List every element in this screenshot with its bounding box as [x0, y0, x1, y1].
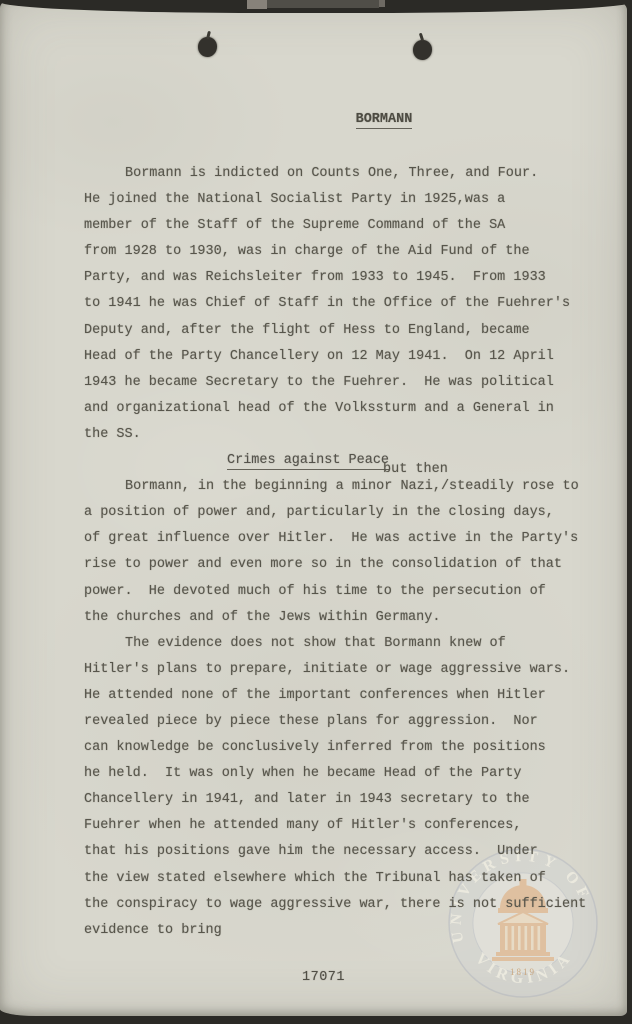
text-line: he held. It was only when he became Head… — [84, 761, 594, 787]
text-line-content: Party, and was Reichsleiter from 1933 to… — [84, 270, 546, 285]
text-line-content: Deputy and, after the flight of Hess to … — [84, 323, 530, 338]
text-line-content: revealed piece by piece these plans for … — [84, 714, 538, 729]
text-line: Chancellery in 1941, and later in 1943 s… — [84, 787, 594, 813]
text-line: to 1941 he was Chief of Staff in the Off… — [84, 291, 594, 317]
text-line: evidence to bring — [84, 918, 594, 944]
text-line-content: rise to power and even more so in the co… — [84, 557, 562, 572]
text-line: Party, and was Reichsleiter from 1933 to… — [84, 265, 594, 291]
text-line-content: 1943 he became Secretary to the Fuehrer.… — [84, 375, 554, 390]
text-line: Bormann, in the beginning a minor Nazi,/… — [84, 474, 594, 500]
document-text-block: BORMANN Bormann is indicted on Counts On… — [84, 97, 594, 944]
punch-hole-left — [198, 37, 217, 57]
seal-year: 1819 — [510, 967, 536, 977]
text-line: and organizational head of the Volksstur… — [84, 396, 594, 422]
text-line-content: the SS. — [84, 427, 141, 442]
text-line-content: Fuehrer when he attended many of Hitler'… — [84, 818, 521, 833]
text-line-content: member of the Staff of the Supreme Comma… — [84, 218, 505, 233]
text-line: Deputy and, after the flight of Hess to … — [84, 318, 594, 344]
text-line: power. He devoted much of his time to th… — [84, 579, 594, 605]
text-line-content: a position of power and, particularly in… — [84, 505, 554, 520]
text-line: that his positions gave him the necessar… — [84, 839, 594, 865]
text-line-content: Head of the Party Chancellery on 12 May … — [84, 349, 554, 364]
document-title: BORMANN — [307, 97, 594, 142]
document-body: Bormann is indicted on Counts One, Three… — [84, 161, 594, 944]
text-line: the churches and of the Jews within Germ… — [84, 605, 594, 631]
scanned-document-page: UNIVERSITY OF VIRGINIA 1819 — [0, 0, 632, 1024]
text-line-content: of great influence over Hitler. He was a… — [84, 531, 578, 546]
text-line-content: Hitler's plans to prepare, initiate or w… — [84, 662, 570, 677]
page-number: 17071 — [302, 970, 345, 985]
text-line-content: Bormann is indicted on Counts One, Three… — [125, 166, 538, 181]
text-line: Head of the Party Chancellery on 12 May … — [84, 344, 594, 370]
text-line-content: Bormann, in the beginning a minor Nazi,/… — [125, 479, 579, 494]
text-line: 1943 he became Secretary to the Fuehrer.… — [84, 370, 594, 396]
text-line-content: can knowledge be conclusively inferred f… — [84, 740, 546, 755]
text-line: the conspiracy to wage aggressive war, t… — [84, 892, 594, 918]
text-line-content: evidence to bring — [84, 923, 222, 938]
text-line: The evidence does not show that Bormann … — [84, 631, 594, 657]
text-line-content: the churches and of the Jews within Germ… — [84, 610, 440, 625]
text-line-content: to 1941 he was Chief of Staff in the Off… — [84, 296, 570, 311]
text-line-content: that his positions gave him the necessar… — [84, 844, 538, 859]
text-line: Hitler's plans to prepare, initiate or w… — [84, 657, 594, 683]
text-line: the view stated elsewhere which the Trib… — [84, 866, 594, 892]
text-line: member of the Staff of the Supreme Comma… — [84, 213, 594, 239]
text-line: rise to power and even more so in the co… — [84, 552, 594, 578]
text-line-content: power. He devoted much of his time to th… — [84, 584, 546, 599]
text-line-content: He attended none of the important confer… — [84, 688, 546, 703]
text-line-content: He joined the National Socialist Party i… — [84, 192, 505, 207]
scanner-band-highlight — [379, 0, 385, 7]
text-line-content: The evidence does not show that Bormann … — [125, 636, 506, 651]
text-line: He attended none of the important confer… — [84, 683, 594, 709]
punch-hole-right — [413, 40, 432, 60]
text-line: can knowledge be conclusively inferred f… — [84, 735, 594, 761]
text-line: revealed piece by piece these plans for … — [84, 709, 594, 735]
section-heading: Crimes against Peace — [84, 448, 594, 474]
text-line: Bormann is indicted on Counts One, Three… — [84, 161, 594, 187]
document-title-text: BORMANN — [356, 112, 413, 129]
text-line: Fuehrer when he attended many of Hitler'… — [84, 813, 594, 839]
text-line: of great influence over Hitler. He was a… — [84, 526, 594, 552]
text-line: He joined the National Socialist Party i… — [84, 187, 594, 213]
text-line: from 1928 to 1930, was in charge of the … — [84, 239, 594, 265]
typed-insertion: but then — [383, 463, 448, 476]
text-line-content: he held. It was only when he became Head… — [84, 766, 521, 781]
text-line-content: the view stated elsewhere which the Trib… — [84, 871, 546, 886]
text-line-content: Chancellery in 1941, and later in 1943 s… — [84, 792, 530, 807]
scanner-band-midtone — [267, 0, 379, 8]
text-line-content: from 1928 to 1930, was in charge of the … — [84, 244, 530, 259]
text-line: the SS. — [84, 422, 594, 448]
section-heading-text: Crimes against Peace — [227, 453, 389, 470]
text-line-content: and organizational head of the Volksstur… — [84, 401, 554, 416]
scanner-band-highlight — [247, 0, 267, 9]
text-line-content: the conspiracy to wage aggressive war, t… — [84, 897, 586, 912]
text-line: a position of power and, particularly in… — [84, 500, 594, 526]
